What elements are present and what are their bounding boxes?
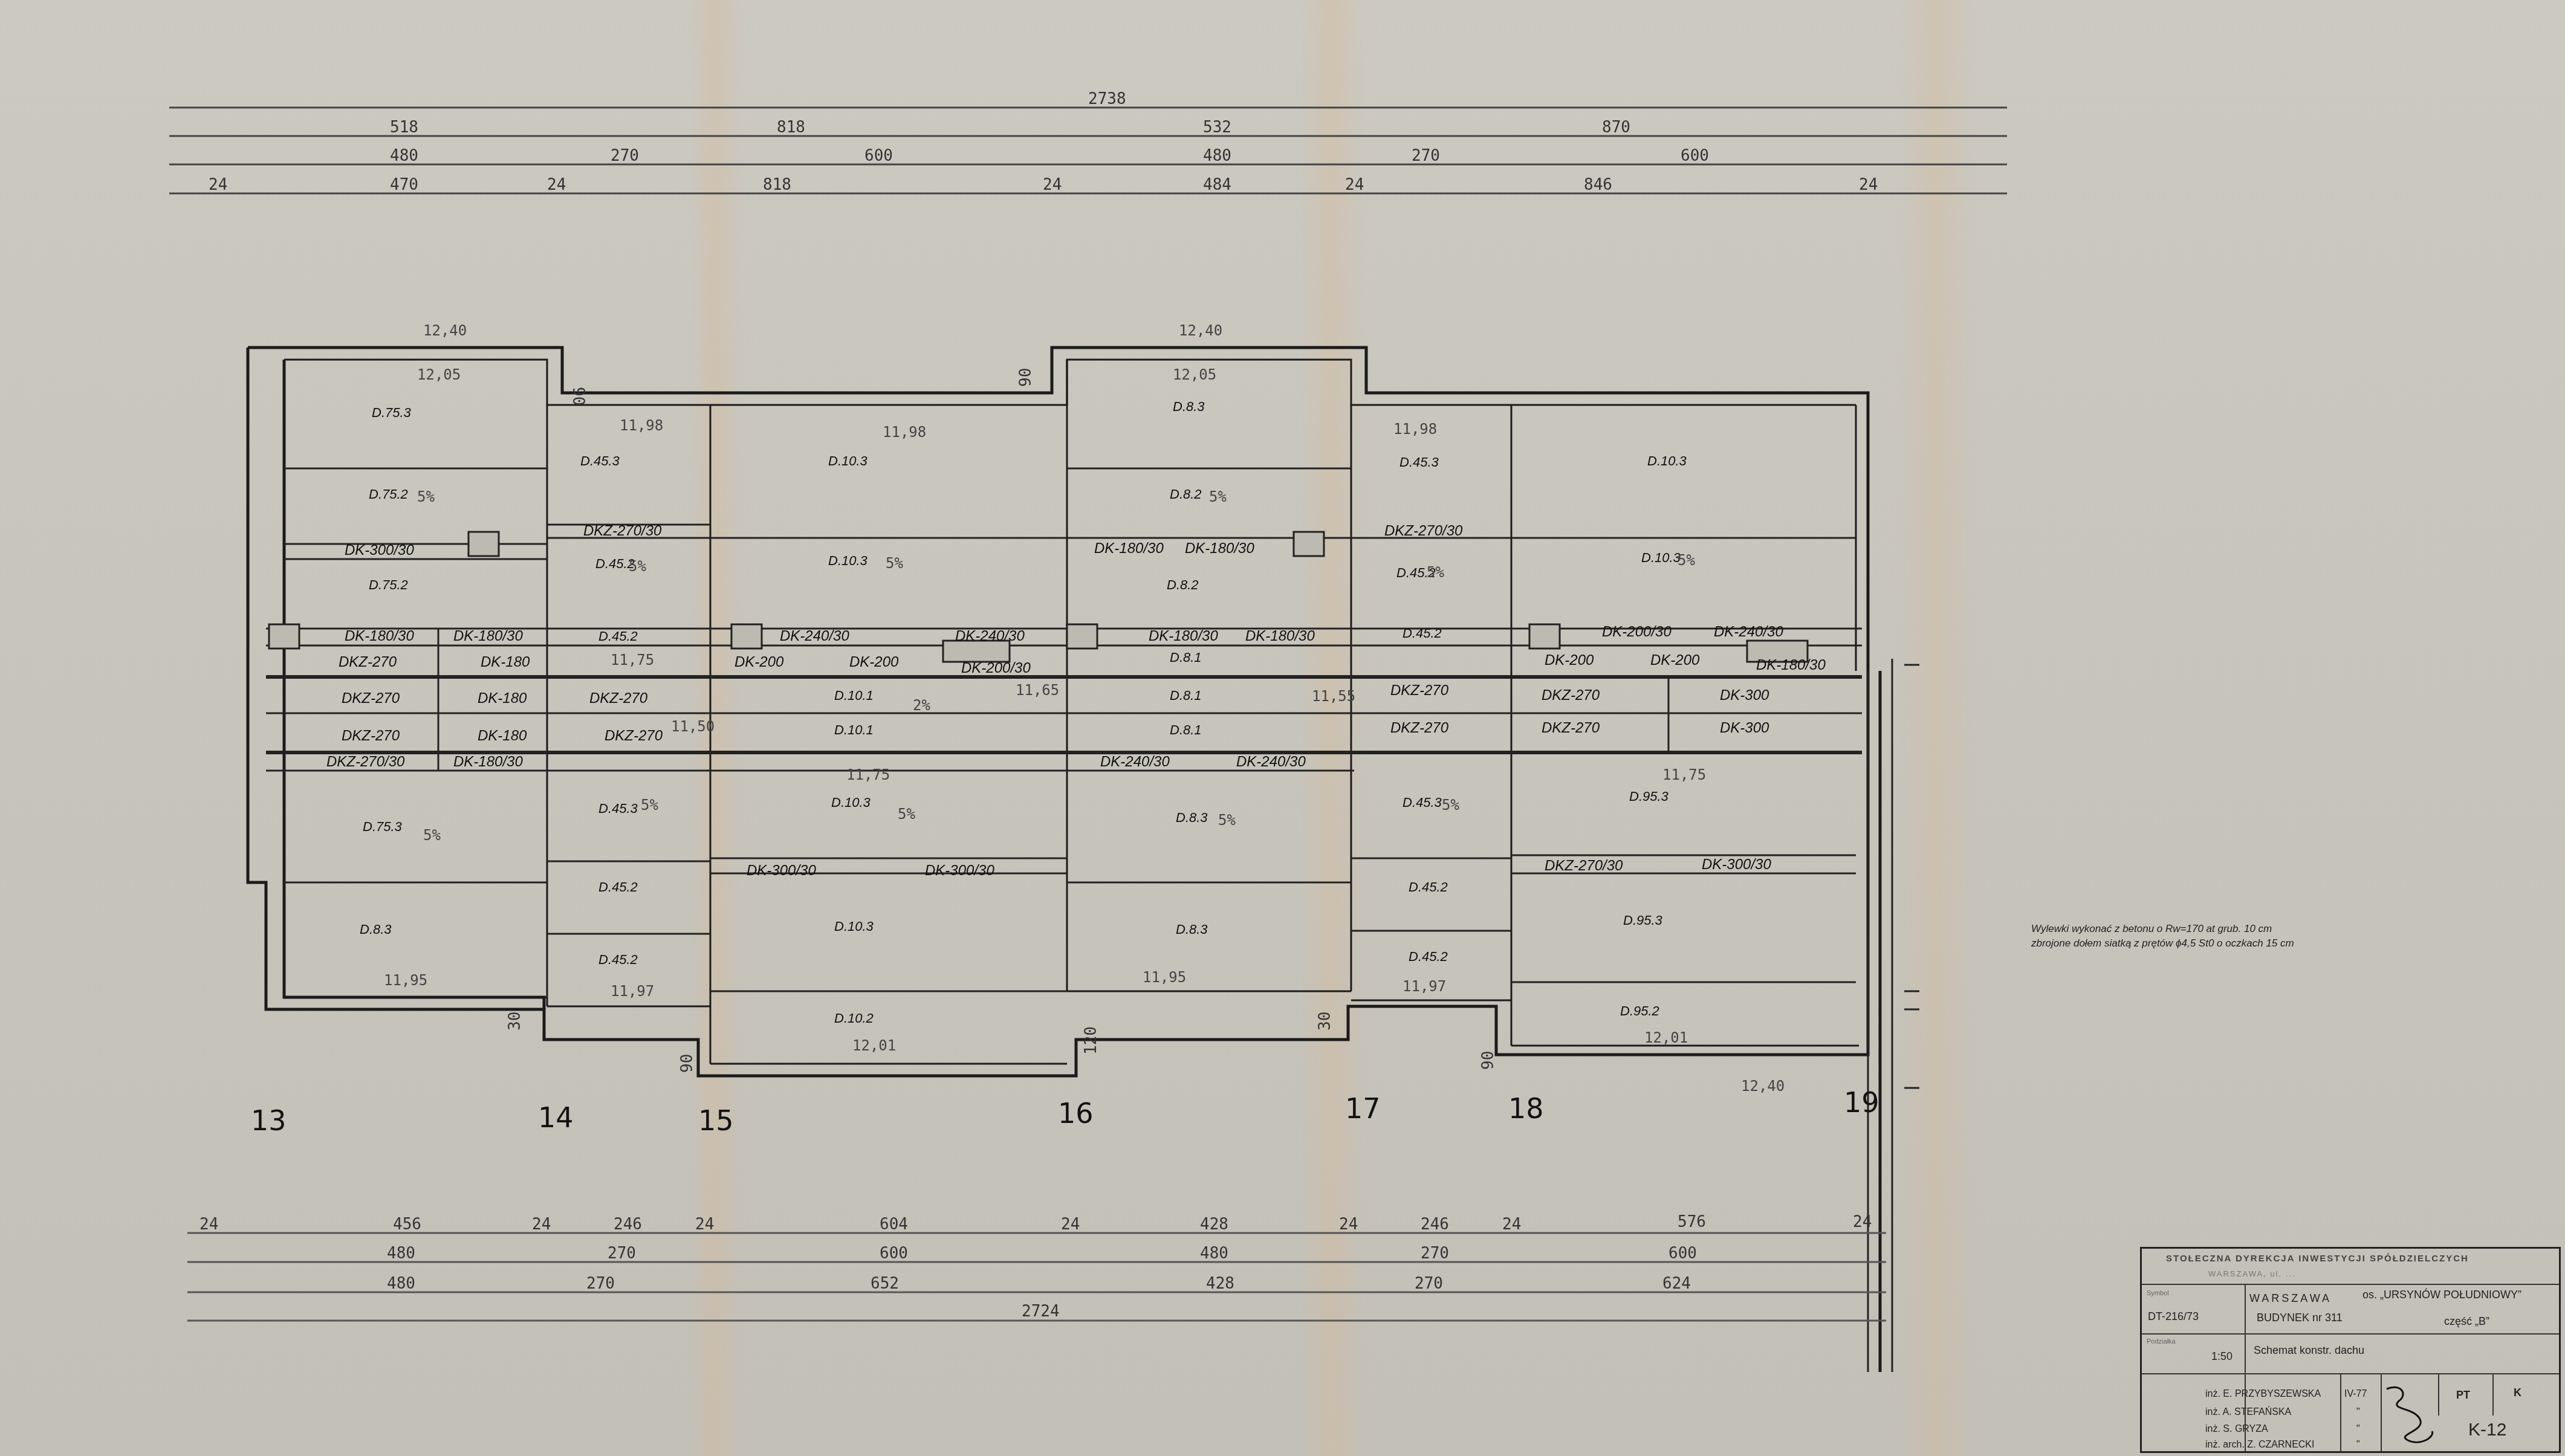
svg-text:5%: 5% [1442,797,1459,814]
svg-text:DKZ-270: DKZ-270 [339,654,397,670]
svg-text:11,75: 11,75 [846,766,890,783]
beam-labels: DK-300/30 DK-180/30 DK-180/30 DKZ-270 DK… [326,523,1826,879]
svg-text:518: 518 [390,118,418,137]
svg-text:D.75.2: D.75.2 [369,577,408,592]
svg-text:D.10.3: D.10.3 [1647,453,1687,468]
svg-text:480: 480 [387,1275,415,1293]
person-2-name: inż. A. STEFAŃSKA [2205,1407,2291,1418]
bottom-dimension-texts: 24 456 24 246 24 604 24 428 24 246 24 57… [199,1213,1872,1321]
svg-text:DK-200: DK-200 [1650,652,1700,668]
svg-text:19: 19 [1844,1086,1879,1119]
svg-text:11,98: 11,98 [1393,421,1437,438]
svg-text:DK-180: DK-180 [478,690,527,707]
svg-text:428: 428 [1200,1215,1228,1234]
svg-text:DKZ-270: DKZ-270 [1542,687,1600,704]
svg-text:604: 604 [880,1215,908,1234]
svg-text:18: 18 [1508,1092,1544,1125]
svg-text:2738: 2738 [1088,90,1126,108]
svg-text:652: 652 [871,1275,899,1293]
svg-text:DK-180/30: DK-180/30 [1149,628,1218,644]
svg-text:846: 846 [1584,176,1612,194]
svg-text:30: 30 [506,1012,524,1031]
svg-text:624: 624 [1662,1275,1691,1293]
svg-text:DKZ-270: DKZ-270 [342,690,400,707]
svg-text:24: 24 [1061,1215,1080,1234]
svg-text:D.45.3: D.45.3 [580,453,620,468]
svg-text:D.45.3: D.45.3 [598,801,638,816]
svg-text:12,01: 12,01 [852,1037,896,1054]
svg-text:DK-300: DK-300 [1720,720,1769,736]
symbol-value: DT-216/73 [2148,1310,2199,1323]
svg-text:11,97: 11,97 [611,983,654,1000]
svg-text:24: 24 [532,1215,551,1234]
svg-text:24: 24 [1043,176,1062,194]
svg-text:480: 480 [390,147,418,165]
svg-text:5%: 5% [1678,552,1695,569]
scale-value: 1:50 [2211,1350,2233,1363]
person-3-name: inż. S. GRYZA [2205,1424,2268,1435]
svg-text:D.8.3: D.8.3 [1176,922,1208,937]
svg-text:DKZ-270/30: DKZ-270/30 [1545,858,1623,874]
svg-text:DK-300/30: DK-300/30 [1702,856,1771,873]
svg-text:5%: 5% [423,827,441,844]
svg-text:DK-200: DK-200 [1545,652,1594,668]
svg-text:90: 90 [678,1054,696,1073]
svg-text:D.8.1: D.8.1 [1170,688,1202,703]
note-line-1: Wylewki wykonać z betonu o Rw=170 at gru… [2031,922,2294,936]
svg-text:11,75: 11,75 [1662,766,1706,783]
svg-text:D.45.2: D.45.2 [1409,879,1448,895]
organization-name: STOŁECZNA DYREKCJA INWESTYCJI SPÓŁDZIELC… [2166,1254,2469,1264]
svg-text:DK-300/30: DK-300/30 [925,862,994,879]
svg-text:DK-180: DK-180 [478,728,527,744]
svg-text:D.10.2: D.10.2 [834,1011,874,1026]
estate-name: os. „URSYNÓW POŁUDNIOWY” [2362,1289,2521,1301]
svg-text:24: 24 [695,1215,714,1234]
slope-indicators: 5% 5% 5% 5% 5% 5% 2% 5% 5% 5% 5% 5% [417,488,1695,844]
svg-text:11,55: 11,55 [1312,688,1355,705]
svg-text:11,75: 11,75 [611,652,654,668]
svg-text:14: 14 [538,1101,574,1134]
svg-text:270: 270 [1421,1244,1449,1263]
building-part: część „B” [2444,1315,2489,1328]
svg-text:480: 480 [1200,1244,1228,1263]
svg-text:DK-180: DK-180 [481,654,530,670]
building-number: BUDYNEK nr 311 [2257,1312,2343,1324]
svg-text:DK-300: DK-300 [1720,687,1769,704]
svg-text:D.8.1: D.8.1 [1170,650,1202,665]
svg-text:600: 600 [1668,1244,1697,1263]
person-1-name: inż. E. PRZYBYSZEWSKA [2205,1389,2321,1400]
svg-text:D.45.2: D.45.2 [598,879,638,895]
svg-text:DK-180/30: DK-180/30 [1094,540,1164,557]
scale-label: Podziałka [2147,1338,2176,1345]
svg-text:11,98: 11,98 [883,424,926,441]
svg-text:480: 480 [1203,147,1231,165]
person-4-name: inż. arch. Z. CZARNECKI [2205,1440,2314,1451]
svg-text:24: 24 [1859,176,1878,194]
person-2-date: " [2356,1407,2360,1418]
svg-text:576: 576 [1678,1213,1706,1231]
svg-text:DK-240/30: DK-240/30 [1714,624,1783,640]
svg-text:456: 456 [393,1215,421,1234]
person-4-date: " [2356,1440,2360,1451]
svg-text:90: 90 [1479,1051,1497,1070]
svg-text:D.45.2: D.45.2 [598,952,638,967]
svg-text:24: 24 [1853,1213,1872,1231]
person-1-date: IV-77 [2344,1389,2367,1400]
svg-text:11,95: 11,95 [1143,969,1186,986]
svg-text:DK-180/30: DK-180/30 [453,628,523,644]
svg-text:16: 16 [1058,1097,1094,1130]
svg-text:2724: 2724 [1022,1302,1060,1321]
svg-text:30: 30 [1316,1012,1334,1031]
svg-text:17: 17 [1345,1092,1381,1125]
person-3-date: " [2356,1424,2360,1435]
svg-text:D.10.3: D.10.3 [1641,550,1681,565]
svg-text:11,65: 11,65 [1016,682,1059,699]
grid-axis-labels: 13 14 15 16 17 18 19 [251,1086,1879,1137]
drawing-title: Schemat konstr. dachu [2254,1344,2364,1357]
svg-text:DK-300/30: DK-300/30 [345,542,414,558]
svg-text:2%: 2% [913,697,930,714]
svg-text:12,01: 12,01 [1644,1029,1688,1046]
svg-text:90: 90 [1017,368,1035,387]
svg-text:818: 818 [763,176,791,194]
svg-text:D.95.2: D.95.2 [1620,1003,1659,1018]
svg-text:DKZ-270/30: DKZ-270/30 [326,754,405,770]
svg-text:12,05: 12,05 [417,366,461,383]
svg-text:D.8.1: D.8.1 [1170,722,1202,737]
svg-text:D.45.3: D.45.3 [1402,795,1442,810]
svg-text:D.45.2: D.45.2 [598,629,638,644]
svg-text:DK-180/30: DK-180/30 [1185,540,1254,557]
svg-text:DKZ-270: DKZ-270 [589,690,648,707]
stage-code: PT [2456,1389,2470,1402]
signature-scribble [2384,1383,2438,1449]
svg-text:DK-180/30: DK-180/30 [345,628,414,644]
svg-text:D.8.3: D.8.3 [1176,810,1208,825]
svg-text:870: 870 [1602,118,1630,137]
svg-text:5%: 5% [886,555,903,572]
title-block: STOŁECZNA DYREKCJA INWESTYCJI SPÓŁDZIELC… [2140,1247,2561,1453]
svg-text:11,98: 11,98 [620,417,663,434]
svg-text:270: 270 [586,1275,615,1293]
svg-text:DK-200: DK-200 [734,654,784,670]
svg-text:270: 270 [1412,147,1440,165]
svg-text:DK-240/30: DK-240/30 [780,628,849,644]
branch-code: K [2514,1386,2521,1399]
sheet-number: K-12 [2468,1420,2506,1440]
svg-text:D.75.3: D.75.3 [363,819,403,834]
svg-text:DK-180/30: DK-180/30 [453,754,523,770]
svg-text:484: 484 [1203,176,1231,194]
svg-text:5%: 5% [629,558,646,575]
svg-text:24: 24 [547,176,566,194]
svg-text:DK-300/30: DK-300/30 [747,862,816,879]
svg-text:DKZ-270: DKZ-270 [1390,682,1449,699]
svg-text:11,97: 11,97 [1402,978,1446,995]
svg-text:5%: 5% [1218,812,1236,829]
svg-text:470: 470 [390,176,418,194]
svg-text:5%: 5% [898,806,915,823]
svg-text:D.8.2: D.8.2 [1170,487,1202,502]
svg-text:13: 13 [251,1104,287,1137]
svg-text:DKZ-270: DKZ-270 [1542,720,1600,736]
svg-text:DK-240/30: DK-240/30 [1100,754,1170,770]
svg-text:DK-240/30: DK-240/30 [1236,754,1306,770]
svg-text:D.75.3: D.75.3 [372,405,412,420]
svg-text:428: 428 [1206,1275,1234,1293]
svg-text:D.8.3: D.8.3 [1173,399,1205,414]
svg-text:532: 532 [1203,118,1231,137]
svg-text:D.45.2: D.45.2 [1409,949,1448,964]
svg-text:DK-200/30: DK-200/30 [961,660,1031,676]
svg-text:270: 270 [608,1244,636,1263]
svg-text:24: 24 [1345,176,1364,194]
svg-text:90: 90 [569,387,587,406]
svg-text:DKZ-270: DKZ-270 [342,728,400,744]
svg-text:12,40: 12,40 [423,322,467,339]
svg-text:600: 600 [1681,147,1709,165]
svg-text:818: 818 [777,118,805,137]
svg-text:DKZ-270: DKZ-270 [1390,720,1449,736]
svg-text:D.45.3: D.45.3 [1399,455,1439,470]
svg-text:12,05: 12,05 [1173,366,1216,383]
symbol-label: Symbol [2147,1290,2169,1297]
svg-text:DK-240/30: DK-240/30 [955,628,1025,644]
svg-text:246: 246 [614,1215,642,1234]
elevation-marks: 12,40 12,05 12,40 12,05 11,98 11,98 11,9… [384,322,1785,1095]
svg-text:DK-180/30: DK-180/30 [1245,628,1315,644]
organization-address: WARSZAWA, ul. ... [2208,1269,2296,1278]
city: WARSZAWA [2249,1292,2332,1305]
svg-text:DK-180/30: DK-180/30 [1756,657,1826,673]
svg-text:600: 600 [864,147,893,165]
svg-text:D.10.3: D.10.3 [834,919,874,934]
wall-dimension-labels: 90 90 30 90 30 90 120 [506,368,1497,1073]
svg-text:12,40: 12,40 [1179,322,1222,339]
svg-text:270: 270 [611,147,639,165]
svg-text:12,40: 12,40 [1741,1078,1785,1095]
svg-text:24: 24 [199,1215,218,1234]
svg-text:DK-200/30: DK-200/30 [1602,624,1672,640]
svg-text:270: 270 [1415,1275,1443,1293]
svg-text:600: 600 [880,1244,908,1263]
right-structure-lines [1868,659,1919,1372]
svg-text:D.8.3: D.8.3 [360,922,392,937]
svg-text:5%: 5% [1209,488,1227,505]
svg-text:480: 480 [387,1244,415,1263]
svg-text:D.8.2: D.8.2 [1167,577,1199,592]
top-dimension-texts: 2738 518 818 532 870 480 270 600 480 270… [209,90,1878,194]
svg-text:D.10.3: D.10.3 [831,795,871,810]
svg-text:11,95: 11,95 [384,972,427,989]
svg-text:D.95.3: D.95.3 [1629,789,1669,804]
svg-text:D.95.3: D.95.3 [1623,913,1663,928]
svg-text:D.10.1: D.10.1 [834,722,874,737]
svg-text:5%: 5% [1427,564,1444,581]
svg-text:D.10.3: D.10.3 [828,553,868,568]
svg-text:24: 24 [1502,1215,1521,1234]
top-dimension-chain [169,108,2007,193]
svg-text:15: 15 [698,1104,734,1137]
svg-text:5%: 5% [417,488,435,505]
note-line-2: zbrojone dołem siatką z prętów ϕ4,5 St0 … [2031,936,2294,951]
construction-note: Wylewki wykonać z betonu o Rw=170 at gru… [2031,922,2294,951]
svg-text:24: 24 [1339,1215,1358,1234]
roof-structure-drawing: 2738 518 818 532 870 480 270 600 480 270… [0,0,2565,1456]
svg-text:DKZ-270/30: DKZ-270/30 [583,523,662,539]
svg-text:24: 24 [209,176,227,194]
svg-text:D.75.2: D.75.2 [369,487,408,502]
svg-text:DKZ-270: DKZ-270 [605,728,663,744]
inner-wall-outline [284,360,1859,1064]
svg-text:246: 246 [1421,1215,1449,1234]
svg-text:5%: 5% [641,797,658,814]
svg-text:11,50: 11,50 [671,718,715,735]
svg-text:DK-200: DK-200 [849,654,899,670]
svg-text:120: 120 [1082,1026,1100,1055]
svg-text:D.45.2: D.45.2 [1402,626,1442,641]
svg-text:D.10.3: D.10.3 [828,453,868,468]
svg-text:DKZ-270/30: DKZ-270/30 [1384,523,1463,539]
svg-text:D.10.1: D.10.1 [834,688,874,703]
